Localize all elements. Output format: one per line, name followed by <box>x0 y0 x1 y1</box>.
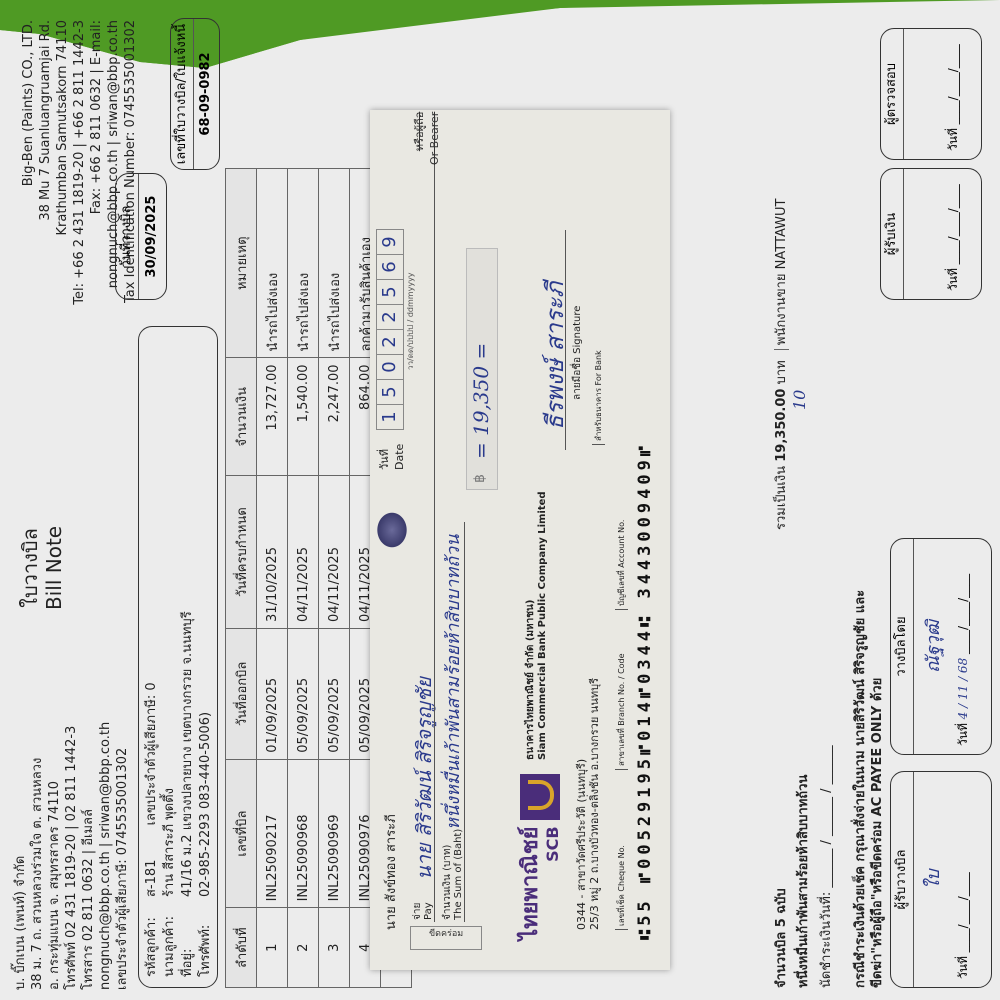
date-digit: 2 <box>376 304 404 330</box>
row-amount: 1,540.00 <box>288 358 319 476</box>
customer-address: 41/16 ม.2 แขวงปลายบาง เขตบางกรวย จ.นนทบุ… <box>179 611 197 897</box>
cheque-amount-words: หนึ่งหมื่นเก้าพันสามร้อยห้าสิบบาทถ้วน <box>438 535 467 830</box>
signature-handwriting: ณัฐวุฒิ <box>914 539 954 754</box>
bill-date: 30/09/2025 <box>139 174 165 299</box>
row-remark: นำรถไปส่งเอง <box>257 169 288 358</box>
signature-box: ผู้ตรวจสอบวันที่ ____/____/____ <box>880 28 982 160</box>
cheque-date-boxes: 15022569 <box>376 230 404 430</box>
bill-no-label: เลขที่ใบวางบิล/ใบแจ้งหนี้ <box>171 19 194 169</box>
payment-note: กรณีชำระเงินด้วยเช็ค กรุณาสั่งจ่ายในนาม … <box>852 590 886 988</box>
signature-handwriting <box>904 29 944 159</box>
scb-logo-icon <box>520 774 560 820</box>
date-digit: 5 <box>376 279 404 305</box>
table-header-row: ลำดับที่ เลขที่บิล วันที่ออกบิล วันที่คร… <box>226 169 257 988</box>
customer-name-label: นามลูกค้า: <box>161 916 179 977</box>
row-bill-no: INL25090217 <box>257 759 288 908</box>
bearer-th: หรือผู้ถือ <box>410 112 428 165</box>
table-row: 3INL2509096905/09/202504/11/20252,247.00… <box>319 169 350 988</box>
baht-symbol: ฿ <box>472 474 488 483</box>
date-label-en: Date <box>393 444 406 470</box>
company-info-th: บ. บิ๊กเบน (เพนท์) จำกัด 38 ม. 7 ถ. สวนห… <box>12 722 131 990</box>
company-address-en-1: 38 Mu 7 Suanluangruamjai Rd. <box>37 20 54 360</box>
cheque-signature: ธีรพงษ์ สาระภี <box>535 282 574 430</box>
branch-line-1: 0344 - สาขาวัดศรีประวัติ (นนทบุรี) <box>575 678 588 930</box>
company-email-th: nongnuch@bbp.co.th | sriwan@bbp.co.th <box>97 722 114 990</box>
row-issue-date: 01/09/2025 <box>257 628 288 759</box>
signature-date-label: วันที่ <box>956 956 970 979</box>
row-no: 3 <box>319 908 350 988</box>
micr-line: ⑆55 ⑈00529195⑈014⑈0344⑆ 3443009409⑈ <box>635 442 655 940</box>
customer-phone-label: โทรศัพท์: <box>197 916 215 977</box>
bank-full-en: Siam Commercial Bank Public Company Limi… <box>537 491 549 760</box>
bill-date-box: วันที่วางบิล 30/09/2025 <box>115 173 167 300</box>
bill-no: 68-09-0982 <box>194 19 218 169</box>
row-issue-date: 05/09/2025 <box>319 628 350 759</box>
total-amount: 19,350.00 <box>774 389 789 462</box>
salesperson: NATTAWUT <box>774 199 789 270</box>
total-line: รวมเป็นเงิน 19,350.00 บาท พนักงานขาย NAT… <box>770 199 791 530</box>
bill-date-label: วันที่วางบิล <box>116 174 139 299</box>
row-amount: 2,247.00 <box>319 358 350 476</box>
row-remark: นำรถไปส่งเอง <box>288 169 319 358</box>
payment-note-line-1: กรณีชำระเงินด้วยเช็ค กรุณาสั่งจ่ายในนาม … <box>852 590 869 988</box>
row-amount: 13,727.00 <box>257 358 288 476</box>
date-label-th: วันที่ <box>375 444 393 470</box>
company-address-th-1: 38 ม. 7 ถ. สวนหลวงร่วมใจ ต. สวนหลวง <box>29 722 46 990</box>
company-name-th: บ. บิ๊กเบน (เพนท์) จำกัด <box>12 722 29 990</box>
signature-date-line: วันที่ 4 / 11 / 68 ____/____/____ <box>954 539 973 754</box>
signature-line <box>565 230 566 450</box>
company-tax-th: เลขประจำตัวผู้เสียภาษี: 0745535001302 <box>114 722 131 990</box>
signature-box-label: วางบิลโดย <box>891 539 914 754</box>
signature-date-label: วันที่ <box>956 723 970 746</box>
row-due-date: 31/10/2025 <box>257 476 288 629</box>
company-fax-en: Fax: +66 2 811 0632 | E-mail: <box>88 20 105 360</box>
date-digit: 6 <box>376 254 404 280</box>
signature-date-line: วันที่ ____/____/____ <box>944 29 963 159</box>
customer-tax: 0 <box>144 682 159 690</box>
row-issue-date: 05/09/2025 <box>288 628 319 759</box>
sum-label: จำนวนเงิน (บาท) The Sum of (Baht) <box>442 829 464 920</box>
garuda-emblem-icon <box>375 510 409 550</box>
date-digit: 5 <box>376 379 404 405</box>
pay-label-th: จ่าย <box>412 902 423 920</box>
bank-name-th: ไทยพาณิชย์ <box>520 826 542 940</box>
customer-values: ส-181 เลขประจำตัวผู้เสียภาษี: 0 ร้าน สีส… <box>143 611 215 897</box>
customer-labels: รหัสลูกค้า: นามลูกค้า: ที่อยู่: โทรศัพท์… <box>143 916 215 977</box>
row-no: 1 <box>257 908 288 988</box>
customer-address-label: ที่อยู่: <box>179 916 197 977</box>
pay-label: จ่าย Pay <box>412 902 434 920</box>
bearer-en: Or Bearer <box>428 112 441 165</box>
date-digit: 1 <box>376 404 404 430</box>
bearer-label: หรือผู้ถือ Or Bearer <box>410 112 441 165</box>
signature-box: ผู้รับเงินวันที่ ____/____/____ <box>880 168 982 300</box>
signature-box-label: ผู้ตรวจสอบ <box>881 29 904 159</box>
company-name-en: Big-Ben (Paints) CO., LTD. <box>20 20 37 360</box>
cheque-amount: = 19,350 = <box>469 343 493 459</box>
title-th: ใบวางบิล <box>18 526 42 610</box>
scb-cheque: นาย สังข์ทอง สาระภี ขีดคร่อม จ่าย Pay นา… <box>370 110 670 970</box>
bill-note-document: บ. บิ๊กเบน (เพนท์) จำกัด 38 ม. 7 ถ. สวนห… <box>0 0 1000 1000</box>
date-format: วว/ดด/ปปปป / ddmmyyyy <box>404 272 417 370</box>
signature-handwriting <box>904 169 944 299</box>
company-phone-en: Tel: +66 2 431 1819-20 | +66 2 811 1442-… <box>71 20 88 360</box>
bank-full-name: ธนาคารไทยพาณิชย์ จำกัด (มหาชน) Siam Comm… <box>525 491 549 760</box>
table-row: 2INL2509096805/09/202504/11/20251,540.00… <box>288 169 319 988</box>
signature-date-label: วันที่ <box>946 268 960 291</box>
company-address-th-2: อ. กระทุ่มแบน จ. สมุทรสาคร 74110 <box>46 722 63 990</box>
cheque-crossing-stamp: ขีดคร่อม <box>410 926 482 950</box>
header-no: ลำดับที่ <box>226 908 257 988</box>
signature-date-line: วันที่ ____/____/____ <box>944 169 963 299</box>
sum-label-en: The Sum of (Baht) <box>453 829 464 920</box>
bank-full-th: ธนาคารไทยพาณิชย์ จำกัด (มหาชน) <box>525 491 537 760</box>
header-issue-date: วันที่ออกบิล <box>226 628 257 759</box>
handwritten-mark: 10 <box>790 390 809 410</box>
signature-date: 4 / 11 / 68 <box>956 658 970 720</box>
customer-phone: 02-985-2293 083-440-5006) <box>197 611 215 897</box>
date-digit: 2 <box>376 329 404 355</box>
signature-date-label: วันที่ <box>946 128 960 151</box>
customer-box: รหัสลูกค้า: นามลูกค้า: ที่อยู่: โทรศัพท์… <box>138 326 218 988</box>
total-label: รวมเป็นเงิน <box>774 466 789 530</box>
customer-code-label: รหัสลูกค้า: <box>143 916 161 977</box>
header-amount: จำนวนเงิน <box>226 358 257 476</box>
signature-box-label: ผู้รับเงิน <box>881 169 904 299</box>
title-en: Bill Note <box>42 526 66 610</box>
salesperson-label: พนักงานขาย <box>774 273 789 350</box>
signature-label: ลายมือชื่อ Signature <box>570 306 585 400</box>
for-bank-label: สำหรับธนาคาร For Bank <box>592 350 605 445</box>
document-title: ใบวางบิล Bill Note <box>18 526 66 610</box>
pay-date-label: นัดชำระเงินวันที่: <box>819 892 834 988</box>
pay-label-en: Pay <box>423 902 434 920</box>
company-phone-th: โทรศัพท์ 02 431 1819-20 | 02 811 1442-3 <box>63 722 80 990</box>
row-bill-no: INL25090968 <box>288 759 319 908</box>
header-bill-no: เลขที่บิล <box>226 759 257 908</box>
customer-tax-label: เลขประจำตัวผู้เสียภาษี: <box>144 695 159 826</box>
branch-code-label: สาขาเลขที่ Branch No. / Code <box>615 653 628 770</box>
total-unit: บาท <box>774 360 789 384</box>
amount-line <box>464 522 465 922</box>
branch-line-2: 25/3 หมู่ 2 ถ.บางบัวทอง-ตลิ่งชัน อ.บางกร… <box>588 678 601 930</box>
signature-box: วางบิลโดยณัฐวุฒิวันที่ 4 / 11 / 68 ____/… <box>890 538 992 755</box>
table-row: 1INL2509021701/09/202531/10/202513,727.0… <box>257 169 288 988</box>
row-remark: นำรถไปส่งเอง <box>319 169 350 358</box>
row-due-date: 04/11/2025 <box>288 476 319 629</box>
account-no-label: บัญชีเลขที่ Account No. <box>615 520 628 610</box>
sum-label-th: จำนวนเงิน (บาท) <box>442 829 453 920</box>
cheque-no-label: เลขที่เช็ค Cheque No. <box>615 845 628 930</box>
signature-box-label: ผู้รับวางบิล <box>891 772 914 987</box>
date-digit: 9 <box>376 229 404 255</box>
signature-handwriting: ใบ <box>914 772 954 987</box>
date-digit: 0 <box>376 354 404 380</box>
header-remark: หมายเหตุ <box>226 169 257 358</box>
date-label: วันที่ Date <box>375 444 406 470</box>
customer-name: ร้าน สีสาระภี พุดตึ้ง <box>161 611 179 897</box>
row-no: 2 <box>288 908 319 988</box>
customer-code: ส-181 <box>144 860 159 897</box>
amount-box: ฿ = 19,350 = <box>466 248 498 490</box>
payee-line <box>434 162 435 922</box>
payment-note-line-2: ขีดฆ่า"หรือผู้ถือ"หรือขีดคร่อม AC PAYEE … <box>869 590 886 988</box>
cheque-drawer-name: นาย สังข์ทอง สาระภี <box>380 814 401 930</box>
bank-name-en: SCB <box>542 826 564 940</box>
branch-info: 0344 - สาขาวัดศรีประวัติ (นนทบุรี) 25/3 … <box>575 678 601 930</box>
pay-date-line: นัดชำระเงินวันที่: ______ / ______ / ___… <box>815 745 836 988</box>
bill-count: จำนวนบิล 5 ฉบับ <box>770 888 791 988</box>
bill-no-box: เลขที่ใบวางบิล/ใบแจ้งหนี้ 68-09-0982 <box>170 18 220 170</box>
row-bill-no: INL25090969 <box>319 759 350 908</box>
cheque-payee: นาย สิริวัฒน์ สิริจรูญชัย <box>408 677 440 880</box>
company-fax-th: โทรสาร 02 811 0632 | อีเมลล์ <box>80 722 97 990</box>
row-due-date: 04/11/2025 <box>319 476 350 629</box>
signature-date-line: วันที่ ____/____/____ <box>954 772 973 987</box>
signature-box: ผู้รับวางบิลใบวันที่ ____/____/____ <box>890 771 992 988</box>
company-address-en-2: Krathumban Samutsakorn 74110 <box>54 20 71 360</box>
header-due-date: วันที่ครบกำหนด <box>226 476 257 629</box>
bank-logo-text: ไทยพาณิชย์ SCB <box>520 826 564 940</box>
amount-in-words: หนึ่งหมื่นเก้าพันสามร้อยห้าสิบบาทถ้วน <box>792 775 813 988</box>
